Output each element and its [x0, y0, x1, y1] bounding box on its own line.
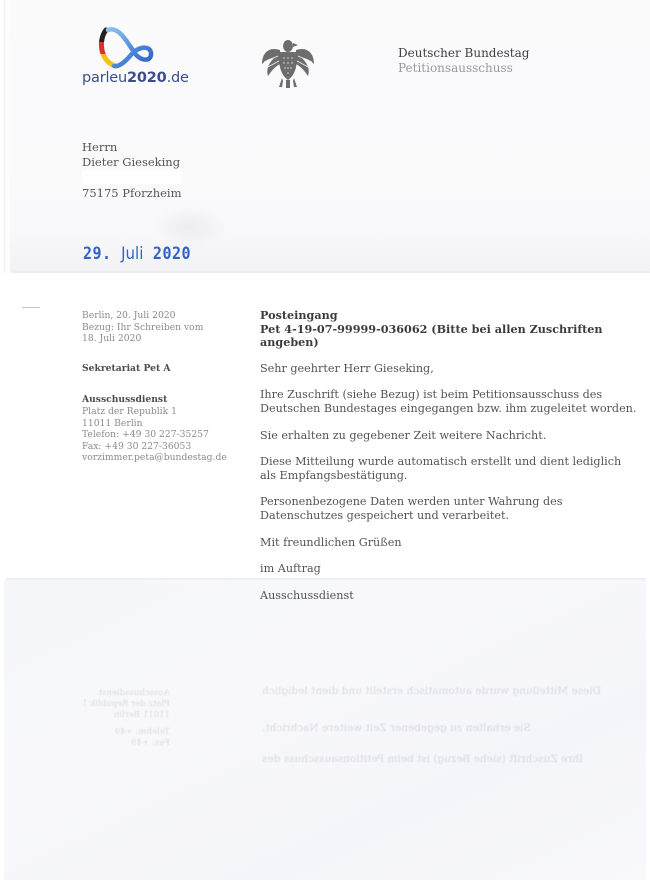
petition-reference-number: Pet 4-19-07-99999-036062 (Bitte bei alle… — [260, 323, 640, 350]
reference-date: 18. Juli 2020 — [82, 333, 242, 345]
sender-info-column: Berlin, 20. Juli 2020 Bezug: Ihr Schreib… — [82, 310, 242, 464]
paragraph-receipt: Ihre Zuschrift (siehe Bezug) ist beim Pe… — [260, 388, 640, 415]
recipient-name: Dieter Gieseking — [82, 155, 182, 170]
redacted-street — [82, 170, 182, 184]
institution-name: Deutscher Bundestag — [398, 46, 529, 61]
closing-phrase: Mit freundlichen Grüßen — [260, 536, 640, 550]
parleu2020-logo: parleu2020.de — [82, 22, 192, 92]
on-behalf-line: im Auftrag — [260, 562, 640, 576]
scan-margin — [0, 880, 650, 894]
fold-mark — [22, 307, 40, 308]
reference-line: Bezug: Ihr Schreiben vom — [82, 322, 242, 334]
infinity-loop-icon — [96, 26, 156, 70]
letter-salutation: Sehr geehrter Herr Gieseking, — [260, 362, 640, 376]
paragraph-notice: Sie erhalten zu gegebener Zeit weitere N… — [260, 429, 640, 443]
signature-line: Ausschussdienst — [260, 589, 640, 603]
stamp-day: 29. — [83, 243, 112, 264]
federal-eagle-icon — [260, 34, 316, 88]
subject-title: Posteingang — [260, 309, 640, 323]
recipient-salutation: Herrn — [82, 140, 182, 155]
paragraph-automatic: Diese Mitteilung wurde automatisch erste… — [260, 455, 640, 482]
secretariat-label: Sekretariat Pet A — [82, 363, 242, 375]
address-street: Platz der Republik 1 — [82, 406, 242, 418]
paragraph-privacy: Personenbezogene Daten werden unter Wahr… — [260, 495, 640, 522]
received-date-stamp: 29. Juli 2020 — [83, 243, 191, 264]
address-city: 11011 Berlin — [82, 418, 242, 430]
institution-header: Deutscher Bundestag Petitionsausschuss — [398, 46, 529, 76]
email-address[interactable]: vorzimmer.peta@bundestag.de — [82, 452, 242, 464]
bleed-through-line: Sie erhalten zu gegebener Zeit weitere N… — [262, 722, 531, 735]
bleed-through-line: Diese Mitteilung wurde automatisch erste… — [262, 685, 601, 698]
stamp-year: 2020 — [153, 243, 191, 264]
parleu2020-wordmark: parleu2020.de — [82, 70, 189, 86]
letter-date: Berlin, 20. Juli 2020 — [82, 310, 242, 322]
service-name: Ausschussdienst — [82, 394, 242, 406]
phone-number: Telefon: +49 30 227-35257 — [82, 429, 242, 441]
recipient-city: 75175 Pforzheim — [82, 186, 182, 201]
institution-department: Petitionsausschuss — [398, 61, 529, 76]
bleed-through-line: Ihre Zuschrift (siehe Bezug) ist beim Pe… — [262, 753, 583, 766]
fax-number: Fax: +49 30 227-36053 — [82, 441, 242, 453]
letter-body: Posteingang Pet 4-19-07-99999-036062 (Bi… — [260, 309, 640, 615]
bleed-through-left: Ausschussdienst Platz der Republik 1 110… — [82, 688, 170, 749]
stamp-month: Juli — [121, 243, 143, 264]
